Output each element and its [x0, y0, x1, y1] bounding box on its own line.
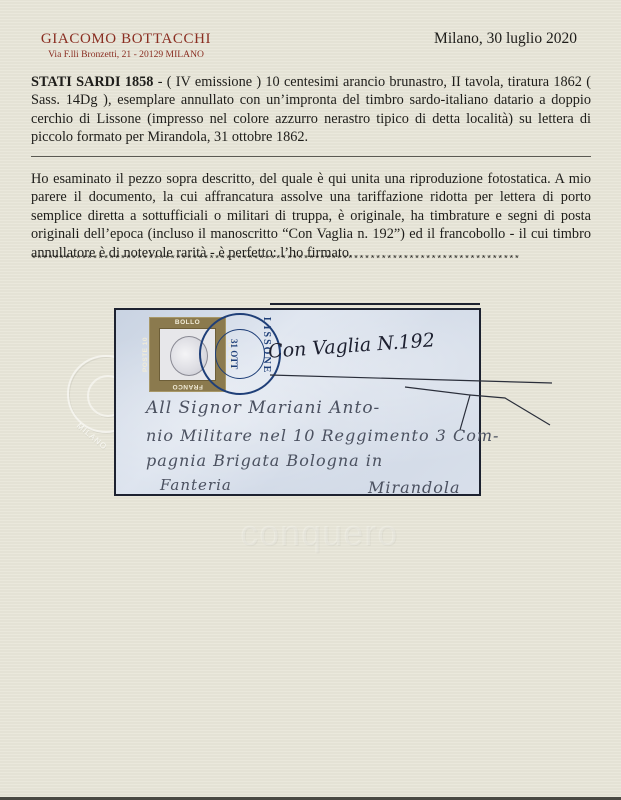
stamp-left-label: POSTE 10 [142, 337, 149, 372]
item-description: STATI SARDI 1858 - ( IV emissione ) 10 c… [31, 73, 591, 147]
expert-name: GIACOMO BOTTACCHI [36, 30, 216, 48]
asterisk-separator: ****************************************… [31, 255, 591, 267]
postmark-inner-ring [215, 329, 265, 379]
watermark: conquero [240, 512, 398, 554]
expert-address: Via F.lli Bronzetti, 21 - 20129 MILANO [36, 48, 216, 62]
handwritten-address-line: nio Militare nel 10 Reggimento 3 Com- [146, 426, 499, 445]
handwritten-address-line: Fanteria [160, 476, 232, 494]
postmark-date: 31 OTT [229, 339, 239, 369]
item-title: STATI SARDI 1858 [31, 74, 153, 90]
handwritten-address-line: All Signor Mariani Anto- [146, 398, 380, 418]
divider-line [31, 156, 591, 157]
certificate-date: Milano, 30 luglio 2020 [434, 30, 577, 48]
handwritten-city: Mirandola [368, 478, 461, 497]
handwritten-address-line: pagnia Brigata Bologna in [146, 451, 383, 470]
expert-opinion: Ho esaminato il pezzo sopra descritto, d… [31, 170, 591, 262]
letterhead: GIACOMO BOTTACCHI Via F.lli Bronzetti, 2… [36, 30, 216, 62]
